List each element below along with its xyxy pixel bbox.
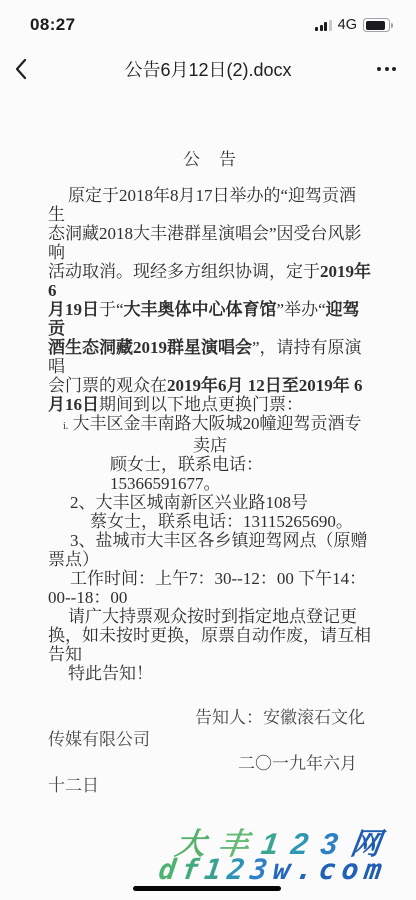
doc-text: 传媒有限公司 [48,730,150,749]
watermark-char: 3 [319,828,353,861]
watermark-char: f [180,853,207,886]
doc-line: 顾女士，联系电话：15366591677。 [48,455,372,493]
doc-line: 00--18：00 [48,588,372,607]
doc-line: 卖店 [48,436,372,455]
doc-text: 大丰奥体中心体育馆 [124,300,277,319]
announcement-title: 公 告 [48,150,372,169]
doc-text: 态洞藏2018大丰港群星演唱会”因受台风影响 [48,224,362,262]
watermark-char: 丰 [216,828,264,861]
doc-line: 月16日期间到以下地点更换门票： [48,395,372,414]
doc-text: 卖店 [193,436,227,455]
doc-line: 请广大持票观众按时到指定地点登记更 [48,607,372,626]
doc-line: 特此告知！ [48,664,372,683]
watermark-char: 1 [203,853,230,886]
watermark-char: 大 [173,828,221,861]
doc-text: 特此告知！ [68,664,153,683]
document-page[interactable]: 公 告 原定于2018年8月17日举办的“迎驾贡酒生态洞藏2018大丰港群星演唱… [0,94,416,797]
doc-text: 活动取消。现经多方组织协调，定于 [48,262,320,281]
battery-icon [363,18,390,32]
doc-text: 告知人：安徽滚石文化 [195,708,365,727]
back-button[interactable] [14,49,48,89]
watermark-char: 2 [289,828,323,861]
doc-line: 3、盐城市大丰区各乡镇迎驾网点（原赠 [48,531,372,550]
doc-text: 顾女士，联系电话：15366591677。 [110,455,263,493]
doc-line: 酒生态洞藏2019群星演唱会”，请持有原演唱 [48,338,372,376]
watermark-char: w [271,853,298,886]
doc-text: 期间到以下地点更换门票： [99,395,303,414]
doc-text: 蔡女士，联系电话：13115265690。 [90,512,353,531]
network-type-label: 4G [338,17,357,33]
doc-text: 票点） [48,550,99,569]
doc-text: 3、盐城市大丰区各乡镇迎驾网点（原赠 [70,531,368,550]
doc-line: 2、大丰区城南新区兴业路108号 [48,493,372,512]
doc-line: 原定于2018年8月17日举办的“迎驾贡酒生 [48,186,372,224]
doc-text: 原定于2018年8月17日举办的“迎驾贡酒生 [48,186,356,224]
doc-text: 酒生态洞藏2019群星演唱会 [48,338,252,357]
clock: 08:27 [30,15,75,35]
doc-text: 2、大丰区城南新区兴业路108号 [70,493,308,512]
watermark-char: 网 [348,828,396,861]
doc-text: 00--18：00 [48,588,127,607]
doc-line: 活动取消。现经多方组织协调，定于2019年6 [48,262,372,300]
doc-text: 告知 [48,645,82,664]
doc-text: 大丰区金丰南路大阪城20幢迎驾贡酒专 [68,414,361,433]
doc-line: 月19日于“大丰奥体中心体育馆”举办“迎驾贡 [48,300,372,338]
ellipsis-icon [377,67,381,71]
watermark-char: m [363,853,390,886]
doc-line: 会门票的观众在2019年6月 12日至2019年 6 [48,376,372,395]
doc-line: 蔡女士，联系电话：13115265690。 [48,512,372,531]
doc-line: 告知人：安徽滚石文化 [48,707,372,729]
doc-line: 告知 [48,645,372,664]
doc-line: 二〇一九年六月 [48,753,372,775]
doc-line: 传媒有限公司 [48,729,372,751]
chevron-left-icon [14,58,27,80]
doc-text: 工作时间：上午7：30--12：00 下午14： [70,569,366,588]
home-indicator[interactable] [133,886,281,891]
watermark-char: 3 [249,853,276,886]
status-bar: 08:27 4G [0,0,416,44]
more-button[interactable] [371,49,402,89]
doc-text: 二〇一九年六月 [238,754,357,773]
doc-line: 票点） [48,550,372,569]
doc-text: 十二日 [48,776,99,795]
status-bar-right: 4G [315,17,390,33]
doc-text: 会门票的观众在 [48,376,167,395]
doc-line: i. 大丰区金丰南路大阪城20幢迎驾贡酒专 [48,414,372,436]
doc-text: ”举办“ [277,300,326,319]
watermark-site-name: 大丰123网 [173,819,397,863]
watermark-char: 2 [226,853,253,886]
watermark-char: o [340,853,367,886]
cellular-signal-icon [315,20,332,31]
document-title: 公告6月12日(2).docx [50,56,366,82]
doc-text: 于“ [99,300,124,319]
announcement-body: 原定于2018年8月17日举办的“迎驾贡酒生态洞藏2018大丰港群星演唱会”因受… [48,186,372,797]
nav-bar: 公告6月12日(2).docx [0,44,416,94]
watermark-site-url: df123w.com [157,853,390,886]
doc-text: 换，如未按时更换，原票自动作废，请互相 [48,626,371,645]
watermark-char: . [294,853,321,886]
doc-line: 态洞藏2018大丰港群星演唱会”因受台风影响 [48,224,372,262]
doc-text: 2019年6月 12日至2019年 6 [167,376,363,395]
doc-text: 月16日 [48,395,99,414]
doc-line: 十二日 [48,775,372,797]
doc-line: 换，如未按时更换，原票自动作废，请互相 [48,626,372,645]
doc-line: 工作时间：上午7：30--12：00 下午14： [48,569,372,588]
watermark-char: 1 [259,828,293,861]
doc-text: 月19日 [48,300,99,319]
watermark-char: c [317,853,344,886]
watermark-char: d [157,853,184,886]
phone-screen: 08:27 4G 公告6月12日(2).docx 公 告 原定于2018年8月1… [0,0,416,900]
doc-text: 请广大持票观众按时到指定地点登记更 [68,607,357,626]
